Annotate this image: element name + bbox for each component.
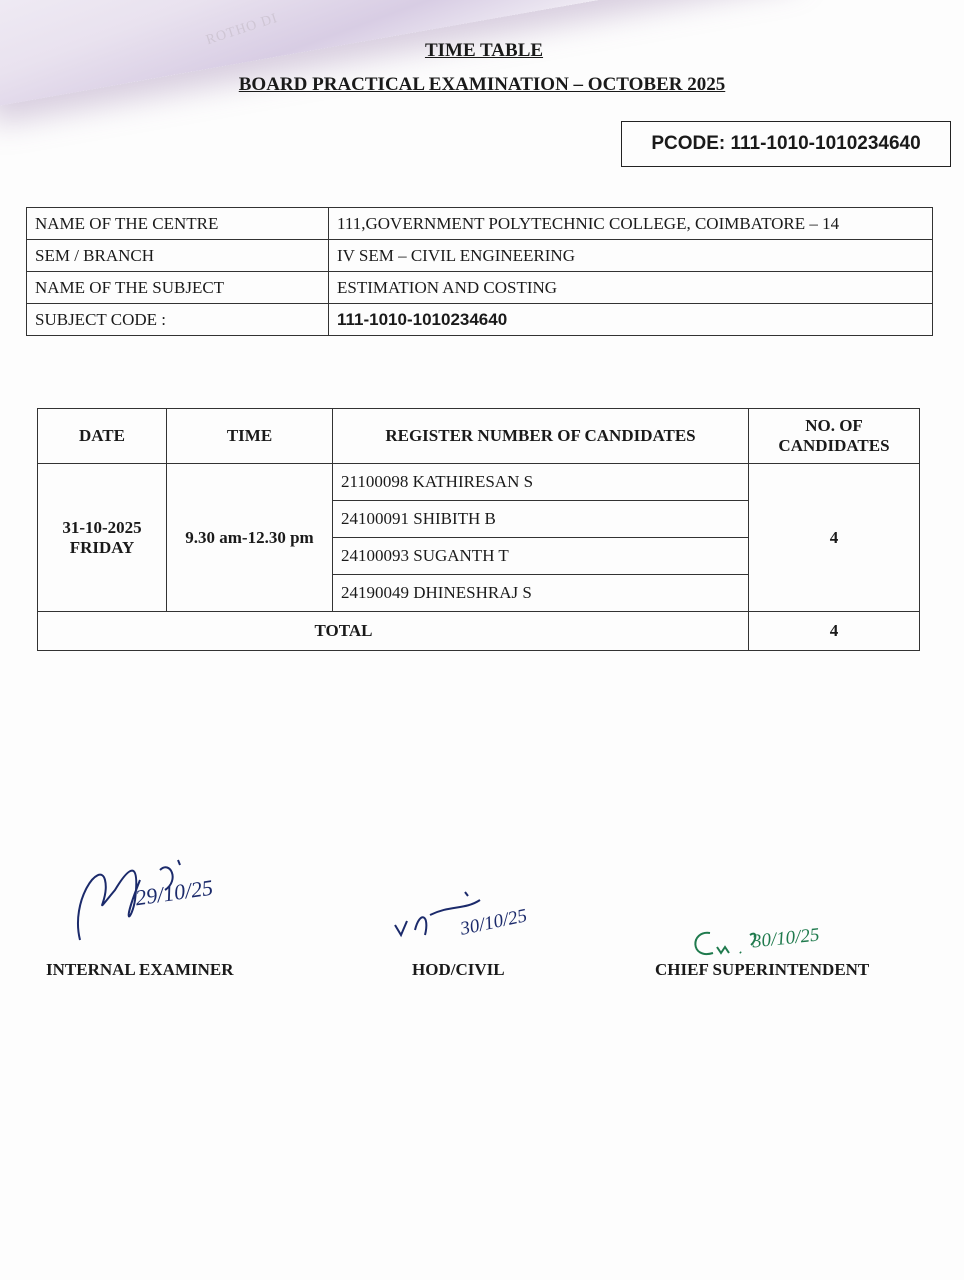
- header-count: NO. OF CANDIDATES: [749, 409, 920, 464]
- count-cell: 4: [749, 464, 920, 612]
- info-row: NAME OF THE SUBJECT ESTIMATION AND COSTI…: [27, 272, 933, 304]
- date-cell: 31-10-2025 FRIDAY: [38, 464, 167, 612]
- header-time: TIME: [167, 409, 333, 464]
- header-register: REGISTER NUMBER OF CANDIDATES: [333, 409, 749, 464]
- total-label: TOTAL: [38, 612, 749, 651]
- info-value: IV SEM – CIVIL ENGINEERING: [329, 240, 933, 272]
- info-row: SUBJECT CODE : 111-1010-1010234640: [27, 304, 933, 336]
- info-row: NAME OF THE CENTRE 111,GOVERNMENT POLYTE…: [27, 208, 933, 240]
- info-label: SEM / BRANCH: [27, 240, 329, 272]
- info-value: 111,GOVERNMENT POLYTECHNIC COLLEGE, COIM…: [329, 208, 933, 240]
- candidate-cell: 24190049 DHINESHRAJ S: [333, 575, 749, 612]
- schedule-table: DATE TIME REGISTER NUMBER OF CANDIDATES …: [37, 408, 920, 651]
- page-subtitle: BOARD PRACTICAL EXAMINATION – OCTOBER 20…: [0, 74, 964, 96]
- date-value: 31-10-2025: [62, 518, 141, 537]
- day-value: FRIDAY: [70, 538, 135, 557]
- subject-code-value: 111-1010-1010234640: [329, 304, 933, 336]
- chief-superintendent-label: CHIEF SUPERINTENDENT: [655, 960, 869, 980]
- total-row: TOTAL 4: [38, 612, 920, 651]
- page-title: TIME TABLE: [0, 40, 964, 62]
- candidate-cell: 21100098 KATHIRESAN S: [333, 464, 749, 501]
- internal-examiner-label: INTERNAL EXAMINER: [46, 960, 234, 980]
- info-label: NAME OF THE SUBJECT: [27, 272, 329, 304]
- info-row: SEM / BRANCH IV SEM – CIVIL ENGINEERING: [27, 240, 933, 272]
- table-row: 31-10-2025 FRIDAY 9.30 am-12.30 pm 21100…: [38, 464, 920, 501]
- info-label: NAME OF THE CENTRE: [27, 208, 329, 240]
- pcode-box: PCODE: 111-1010-1010234640: [621, 121, 951, 167]
- total-value: 4: [749, 612, 920, 651]
- header-count-line2: CANDIDATES: [778, 436, 889, 455]
- header-date: DATE: [38, 409, 167, 464]
- time-cell: 9.30 am-12.30 pm: [167, 464, 333, 612]
- exam-info-table: NAME OF THE CENTRE 111,GOVERNMENT POLYTE…: [26, 207, 933, 336]
- candidate-cell: 24100093 SUGANTH T: [333, 538, 749, 575]
- info-label: SUBJECT CODE :: [27, 304, 329, 336]
- header-count-line1: NO. OF: [805, 416, 863, 435]
- candidate-cell: 24100091 SHIBITH B: [333, 501, 749, 538]
- hod-label: HOD/CIVIL: [412, 960, 505, 980]
- schedule-header-row: DATE TIME REGISTER NUMBER OF CANDIDATES …: [38, 409, 920, 464]
- info-value: ESTIMATION AND COSTING: [329, 272, 933, 304]
